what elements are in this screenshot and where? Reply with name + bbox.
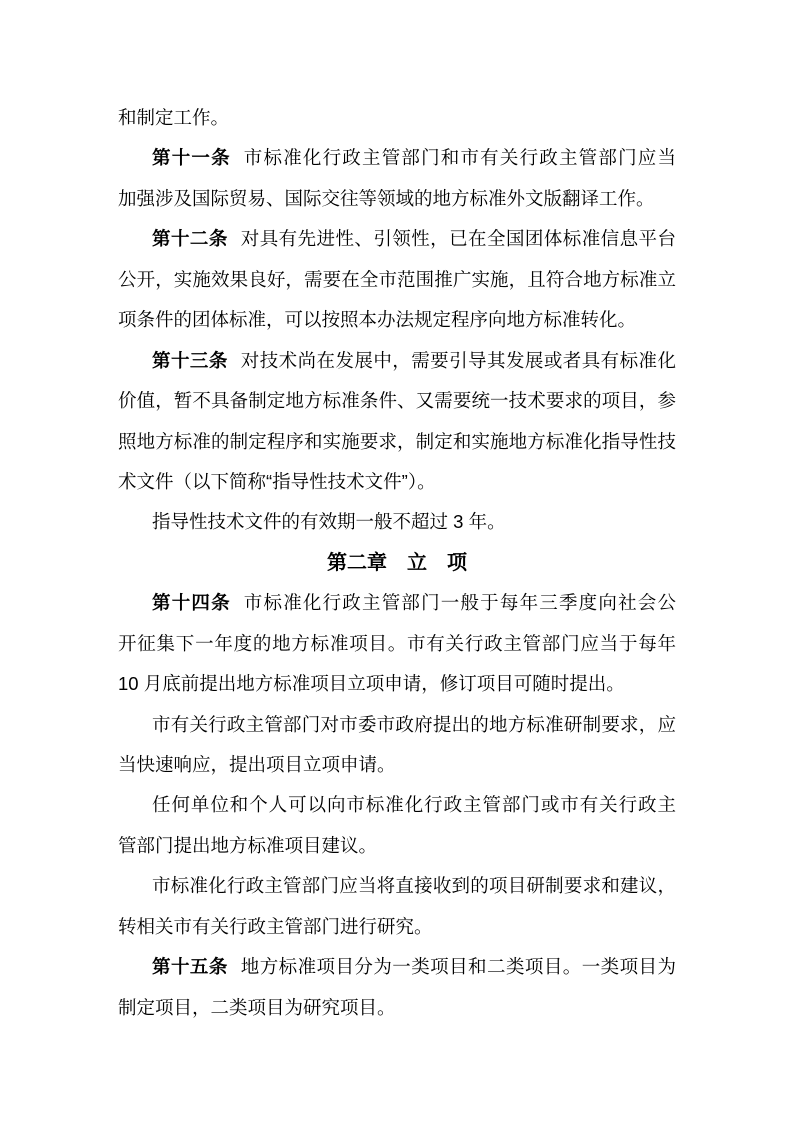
line-text: 市标准化行政主管部门和市有关行政主管部门应当 [244,147,676,168]
text-line: 制定项目，二类项目为研究项目。 [118,988,676,1028]
article-line-11: 第十一条市标准化行政主管部门和市有关行政主管部门应当 [118,138,676,178]
article-number: 第十五条 [152,956,228,977]
line-text: 管部门提出地方标准项目建议。 [118,835,377,856]
text-line: 10 月底前提出地方标准项目立项申请，修订项目可随时提出。 [118,664,676,704]
document-page: 和制定工作。 第十一条市标准化行政主管部门和市有关行政主管部门应当 加强涉及国际… [0,0,793,1122]
text-line: 价值，暂不具备制定地方标准条件、又需要统一技术要求的项目，参 [118,381,676,421]
chapter-heading: 第二章 立 项 [118,543,676,583]
text-line: 加强涉及国际贸易、国际交往等领域的地方标准外文版翻译工作。 [118,179,676,219]
line-text: 10 月底前提出地方标准项目立项申请，修订项目可随时提出。 [118,673,625,694]
chapter-heading-text: 第二章 立 项 [327,552,467,574]
text-line: 开征集下一年度的地方标准项目。市有关行政主管部门应当于每年 [118,624,676,664]
line-text: 地方标准项目分为一类项目和二类项目。一类项目为 [241,956,676,977]
line-text: 转相关市有关行政主管部门进行研究。 [118,916,433,937]
line-text: 市标准化行政主管部门应当将直接收到的项目研制要求和建议， [152,875,676,896]
line-text: 照地方标准的制定程序和实施要求，制定和实施地方标准化指导性技 [118,431,676,452]
text-line: 市有关行政主管部门对市委市政府提出的地方标准研制要求，应 [118,705,676,745]
text-line: 指导性技术文件的有效期一般不超过 3 年。 [118,502,676,542]
line-text: 对技术尚在发展中，需要引导其发展或者具有标准化 [241,350,676,371]
line-text: 公开，实施效果良好，需要在全市范围推广实施，且符合地方标准立 [118,269,676,290]
line-text: 市标准化行政主管部门一般于每年三季度向社会公 [244,592,676,613]
text-line: 转相关市有关行政主管部门进行研究。 [118,907,676,947]
line-text: 指导性技术文件的有效期一般不超过 3 年。 [152,511,506,532]
text-line: 术文件（以下简称“指导性技术文件”）。 [118,462,676,502]
article-number: 第十三条 [152,350,228,371]
line-text: 对具有先进性、引领性，已在全国团体标准信息平台 [241,228,676,249]
line-text: 价值，暂不具备制定地方标准条件、又需要统一技术要求的项目，参 [118,390,676,411]
text-line: 市标准化行政主管部门应当将直接收到的项目研制要求和建议， [118,866,676,906]
line-text: 和制定工作。 [118,107,229,128]
document-text-block: 和制定工作。 第十一条市标准化行政主管部门和市有关行政主管部门应当 加强涉及国际… [118,98,676,1028]
line-text: 项条件的团体标准，可以按照本办法规定程序向地方标准转化。 [118,309,636,330]
text-line: 公开，实施效果良好，需要在全市范围推广实施，且符合地方标准立 [118,260,676,300]
line-text: 市有关行政主管部门对市委市政府提出的地方标准研制要求，应 [152,714,676,735]
article-number: 第十四条 [152,592,231,613]
line-text: 加强涉及国际贸易、国际交往等领域的地方标准外文版翻译工作。 [118,188,655,209]
text-line: 项条件的团体标准，可以按照本办法规定程序向地方标准转化。 [118,300,676,340]
text-line: 和制定工作。 [118,98,676,138]
text-line: 管部门提出地方标准项目建议。 [118,826,676,866]
text-line: 照地方标准的制定程序和实施要求，制定和实施地方标准化指导性技 [118,422,676,462]
line-text: 当快速响应，提出项目立项申请。 [118,754,396,775]
article-number: 第十一条 [152,147,231,168]
article-number: 第十二条 [152,228,228,249]
article-line-12: 第十二条对具有先进性、引领性，已在全国团体标准信息平台 [118,219,676,259]
line-text: 术文件（以下简称“指导性技术文件”）。 [118,471,436,492]
text-line: 任何单位和个人可以向市标准化行政主管部门或市有关行政主 [118,785,676,825]
line-text: 任何单位和个人可以向市标准化行政主管部门或市有关行政主 [152,794,676,815]
article-line-13: 第十三条对技术尚在发展中，需要引导其发展或者具有标准化 [118,341,676,381]
line-text: 制定项目，二类项目为研究项目。 [118,997,396,1018]
line-text: 开征集下一年度的地方标准项目。市有关行政主管部门应当于每年 [118,633,676,654]
article-line-15: 第十五条地方标准项目分为一类项目和二类项目。一类项目为 [118,947,676,987]
text-line: 当快速响应，提出项目立项申请。 [118,745,676,785]
article-line-14: 第十四条市标准化行政主管部门一般于每年三季度向社会公 [118,583,676,623]
